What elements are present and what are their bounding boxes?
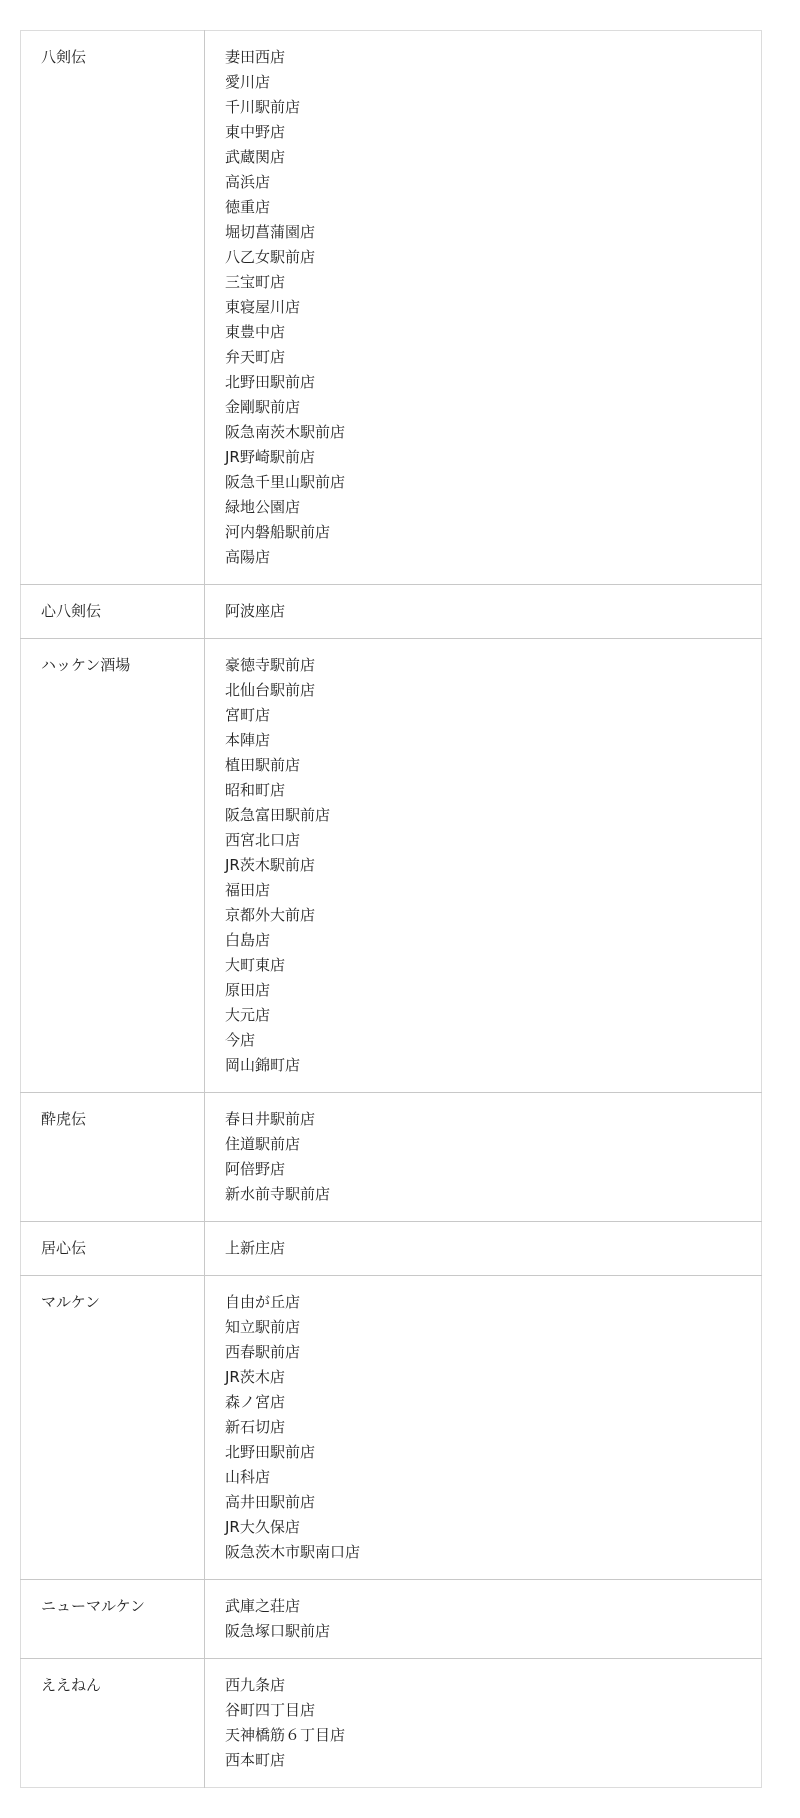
store-item: 北野田駅前店: [225, 1440, 761, 1465]
store-item: 武庫之荘店: [225, 1594, 761, 1619]
store-item: 阪急茨木市駅南口店: [225, 1540, 761, 1565]
brand-name: ニューマルケン: [21, 1580, 205, 1659]
brand-name: ハッケン酒場: [21, 639, 205, 1093]
store-item: 東中野店: [225, 120, 761, 145]
stores-cell: 自由が丘店知立駅前店西春駅前店JR茨木店森ノ宮店新石切店北野田駅前店山科店高井田…: [205, 1276, 762, 1580]
brand-name: マルケン: [21, 1276, 205, 1580]
store-item: 阿倍野店: [225, 1157, 761, 1182]
store-item: 弁天町店: [225, 345, 761, 370]
store-item: JR大久保店: [225, 1515, 761, 1540]
store-item: 天神橋筋６丁目店: [225, 1723, 761, 1748]
brand-name: ええねん: [21, 1659, 205, 1788]
store-item: 金剛駅前店: [225, 395, 761, 420]
stores-cell: 西九条店谷町四丁目店天神橋筋６丁目店西本町店: [205, 1659, 762, 1788]
brand-name: 居心伝: [21, 1222, 205, 1276]
store-item: 河内磐船駅前店: [225, 520, 761, 545]
store-item: 徳重店: [225, 195, 761, 220]
store-list: 豪徳寺駅前店北仙台駅前店宮町店本陣店植田駅前店昭和町店阪急富田駅前店西宮北口店J…: [225, 653, 761, 1078]
store-item: 妻田西店: [225, 45, 761, 70]
store-item: 千川駅前店: [225, 95, 761, 120]
store-item: 上新庄店: [225, 1236, 761, 1261]
store-list: 阿波座店: [225, 599, 761, 624]
table-row: ニューマルケン 武庫之荘店阪急塚口駅前店: [21, 1580, 762, 1659]
stores-cell: 上新庄店: [205, 1222, 762, 1276]
table-row: 心八剣伝 阿波座店: [21, 585, 762, 639]
store-item: 新石切店: [225, 1415, 761, 1440]
store-item: 愛川店: [225, 70, 761, 95]
store-item: 今店: [225, 1028, 761, 1053]
store-item: 森ノ宮店: [225, 1390, 761, 1415]
store-list: 西九条店谷町四丁目店天神橋筋６丁目店西本町店: [225, 1673, 761, 1773]
table-row: 酔虎伝 春日井駅前店住道駅前店阿倍野店新水前寺駅前店: [21, 1093, 762, 1222]
store-list-table: 八剣伝 妻田西店愛川店千川駅前店東中野店武蔵関店高浜店徳重店堀切菖蒲園店八乙女駅…: [20, 30, 762, 1788]
stores-cell: 阿波座店: [205, 585, 762, 639]
store-list: 自由が丘店知立駅前店西春駅前店JR茨木店森ノ宮店新石切店北野田駅前店山科店高井田…: [225, 1290, 761, 1565]
store-item: 山科店: [225, 1465, 761, 1490]
store-item: 堀切菖蒲園店: [225, 220, 761, 245]
store-item: JR茨木駅前店: [225, 853, 761, 878]
store-item: 大元店: [225, 1003, 761, 1028]
store-item: 新水前寺駅前店: [225, 1182, 761, 1207]
store-item: 西宮北口店: [225, 828, 761, 853]
table-row: 居心伝 上新庄店: [21, 1222, 762, 1276]
store-item: 福田店: [225, 878, 761, 903]
store-item: 高陽店: [225, 545, 761, 570]
store-item: 三宝町店: [225, 270, 761, 295]
stores-cell: 武庫之荘店阪急塚口駅前店: [205, 1580, 762, 1659]
table-body: 八剣伝 妻田西店愛川店千川駅前店東中野店武蔵関店高浜店徳重店堀切菖蒲園店八乙女駅…: [21, 31, 762, 1788]
store-item: 西本町店: [225, 1748, 761, 1773]
store-item: 阪急千里山駅前店: [225, 470, 761, 495]
store-item: 北野田駅前店: [225, 370, 761, 395]
store-item: 東豊中店: [225, 320, 761, 345]
stores-cell: 妻田西店愛川店千川駅前店東中野店武蔵関店高浜店徳重店堀切菖蒲園店八乙女駅前店三宝…: [205, 31, 762, 585]
store-item: 西九条店: [225, 1673, 761, 1698]
store-item: 豪徳寺駅前店: [225, 653, 761, 678]
store-item: 阪急塚口駅前店: [225, 1619, 761, 1644]
store-item: 原田店: [225, 978, 761, 1003]
store-item: 京都外大前店: [225, 903, 761, 928]
store-item: 緑地公園店: [225, 495, 761, 520]
store-item: 岡山錦町店: [225, 1053, 761, 1078]
store-list: 妻田西店愛川店千川駅前店東中野店武蔵関店高浜店徳重店堀切菖蒲園店八乙女駅前店三宝…: [225, 45, 761, 570]
brand-name: 酔虎伝: [21, 1093, 205, 1222]
store-item: 大町東店: [225, 953, 761, 978]
store-list: 春日井駅前店住道駅前店阿倍野店新水前寺駅前店: [225, 1107, 761, 1207]
table-row: ええねん 西九条店谷町四丁目店天神橋筋６丁目店西本町店: [21, 1659, 762, 1788]
store-item: 春日井駅前店: [225, 1107, 761, 1132]
store-item: 宮町店: [225, 703, 761, 728]
store-item: 西春駅前店: [225, 1340, 761, 1365]
store-item: JR野崎駅前店: [225, 445, 761, 470]
store-item: 白島店: [225, 928, 761, 953]
store-item: 東寝屋川店: [225, 295, 761, 320]
brand-name: 八剣伝: [21, 31, 205, 585]
store-item: 本陣店: [225, 728, 761, 753]
store-item: 植田駅前店: [225, 753, 761, 778]
store-item: 自由が丘店: [225, 1290, 761, 1315]
store-item: 谷町四丁目店: [225, 1698, 761, 1723]
table-row: マルケン 自由が丘店知立駅前店西春駅前店JR茨木店森ノ宮店新石切店北野田駅前店山…: [21, 1276, 762, 1580]
store-item: 阿波座店: [225, 599, 761, 624]
stores-cell: 春日井駅前店住道駅前店阿倍野店新水前寺駅前店: [205, 1093, 762, 1222]
store-item: 昭和町店: [225, 778, 761, 803]
store-item: 北仙台駅前店: [225, 678, 761, 703]
store-item: 高井田駅前店: [225, 1490, 761, 1515]
store-item: 武蔵関店: [225, 145, 761, 170]
store-item: 阪急南茨木駅前店: [225, 420, 761, 445]
table-row: 八剣伝 妻田西店愛川店千川駅前店東中野店武蔵関店高浜店徳重店堀切菖蒲園店八乙女駅…: [21, 31, 762, 585]
store-item: 高浜店: [225, 170, 761, 195]
store-item: JR茨木店: [225, 1365, 761, 1390]
store-list: 武庫之荘店阪急塚口駅前店: [225, 1594, 761, 1644]
stores-cell: 豪徳寺駅前店北仙台駅前店宮町店本陣店植田駅前店昭和町店阪急富田駅前店西宮北口店J…: [205, 639, 762, 1093]
store-item: 八乙女駅前店: [225, 245, 761, 270]
table-row: ハッケン酒場 豪徳寺駅前店北仙台駅前店宮町店本陣店植田駅前店昭和町店阪急富田駅前…: [21, 639, 762, 1093]
store-item: 知立駅前店: [225, 1315, 761, 1340]
store-item: 住道駅前店: [225, 1132, 761, 1157]
store-list: 上新庄店: [225, 1236, 761, 1261]
store-item: 阪急富田駅前店: [225, 803, 761, 828]
brand-name: 心八剣伝: [21, 585, 205, 639]
